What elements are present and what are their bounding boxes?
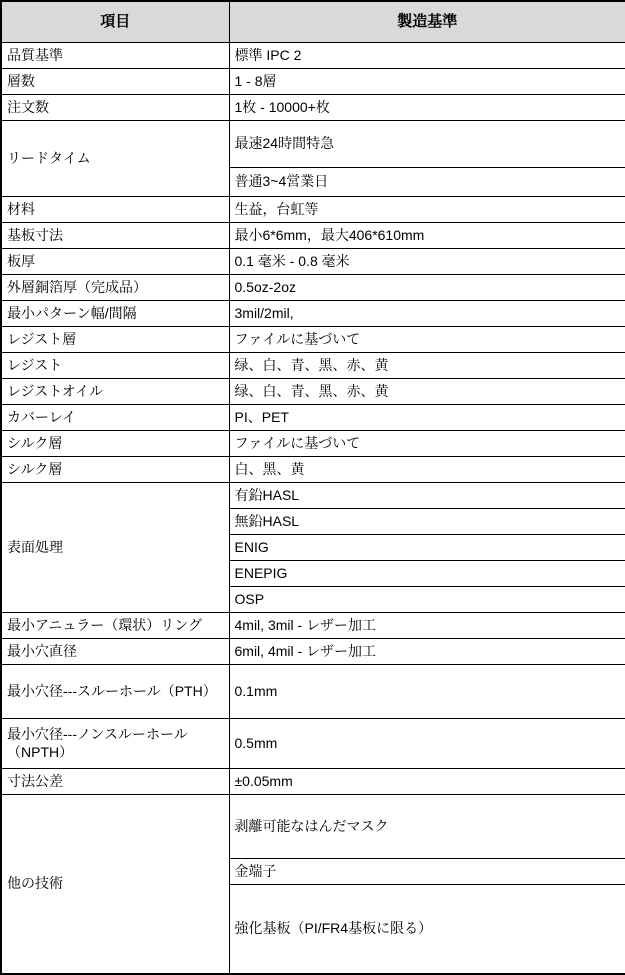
value-cell: 金端子 <box>229 859 625 885</box>
value-cell: 0.1 毫米 - 0.8 毫米 <box>229 249 625 275</box>
item-cell: 品質基準 <box>1 43 229 69</box>
item-cell: 外層銅箔厚（完成品） <box>1 275 229 301</box>
item-cell: シルク層 <box>1 431 229 457</box>
value-cell: 最小6*6mm，最大406*610mm <box>229 223 625 249</box>
header-standard-column: 製造基準 <box>229 1 625 43</box>
item-cell: 最小アニュラー（環状）リング <box>1 613 229 639</box>
table-row: 最小穴直径 6mil, 4mil - レザー加工 <box>1 639 625 665</box>
value-cell: 6mil, 4mil - レザー加工 <box>229 639 625 665</box>
item-cell: 最小穴径---ノンスルーホール（NPTH） <box>1 719 229 769</box>
value-cell: 有鉛HASL <box>229 483 625 509</box>
item-cell: 表面処理 <box>1 483 229 613</box>
manufacturing-spec-table: 項目 製造基準 品質基準 標準 IPC 2 層数 1 - 8層 注文数 1枚 -… <box>0 0 625 975</box>
table-header-row: 項目 製造基準 <box>1 1 625 43</box>
table-row: 基板寸法 最小6*6mm，最大406*610mm <box>1 223 625 249</box>
value-cell: ENIG <box>229 535 625 561</box>
table-row: シルク層 ファイルに基づいて <box>1 431 625 457</box>
table-row: レジスト層 ファイルに基づいて <box>1 327 625 353</box>
item-cell: 材料 <box>1 197 229 223</box>
item-cell: 基板寸法 <box>1 223 229 249</box>
table-row: レジストオイル 绿、白、青、黑、赤、黄 <box>1 379 625 405</box>
table-row: 材料 生益，台虹等 <box>1 197 625 223</box>
value-cell: ±0.05mm <box>229 769 625 795</box>
value-cell: 0.5oz-2oz <box>229 275 625 301</box>
value-cell: 0.5mm <box>229 719 625 769</box>
table-row: 表面処理 有鉛HASL <box>1 483 625 509</box>
value-cell: 0.1mm <box>229 665 625 719</box>
table-row: 最小アニュラー（環状）リング 4mil, 3mil - レザー加工 <box>1 613 625 639</box>
value-cell: 3mil/2mil, <box>229 301 625 327</box>
table-row: 最小穴径---スルーホール（PTH） 0.1mm <box>1 665 625 719</box>
value-cell: 1 - 8層 <box>229 69 625 95</box>
value-cell: ENEPIG <box>229 561 625 587</box>
value-cell: 生益，台虹等 <box>229 197 625 223</box>
value-cell: PI、PET <box>229 405 625 431</box>
table-row: 寸法公差 ±0.05mm <box>1 769 625 795</box>
item-cell: レジスト層 <box>1 327 229 353</box>
item-cell: 注文数 <box>1 95 229 121</box>
header-item-column: 項目 <box>1 1 229 43</box>
table-row: 層数 1 - 8層 <box>1 69 625 95</box>
value-cell: 強化基板（PI/FR4基板に限る） <box>229 885 625 974</box>
value-cell: 普通3~4営業日 <box>229 168 625 197</box>
table-row: カバーレイ PI、PET <box>1 405 625 431</box>
table-row: 注文数 1枚 - 10000+枚 <box>1 95 625 121</box>
value-cell: 1枚 - 10000+枚 <box>229 95 625 121</box>
value-cell: 無鉛HASL <box>229 509 625 535</box>
value-cell: 標準 IPC 2 <box>229 43 625 69</box>
value-cell: 白、黑、黄 <box>229 457 625 483</box>
item-cell: レジストオイル <box>1 379 229 405</box>
item-cell: 層数 <box>1 69 229 95</box>
value-cell: 绿、白、青、黑、赤、黄 <box>229 353 625 379</box>
item-cell: 板厚 <box>1 249 229 275</box>
table-row: シルク層 白、黑、黄 <box>1 457 625 483</box>
item-cell: 最小穴径---スルーホール（PTH） <box>1 665 229 719</box>
table-row: 最小パターン幅/間隔 3mil/2mil, <box>1 301 625 327</box>
value-cell: 4mil, 3mil - レザー加工 <box>229 613 625 639</box>
item-cell: シルク層 <box>1 457 229 483</box>
item-cell: 他の技術 <box>1 795 229 974</box>
table-row: 他の技術 剥離可能なはんだマスク <box>1 795 625 859</box>
item-cell: レジスト <box>1 353 229 379</box>
table-row: 最小穴径---ノンスルーホール（NPTH） 0.5mm <box>1 719 625 769</box>
value-cell: ファイルに基づいて <box>229 327 625 353</box>
item-cell: 最小穴直径 <box>1 639 229 665</box>
item-cell: リードタイム <box>1 121 229 197</box>
item-cell: 最小パターン幅/間隔 <box>1 301 229 327</box>
item-cell: カバーレイ <box>1 405 229 431</box>
value-cell: 绿、白、青、黑、赤、黄 <box>229 379 625 405</box>
item-cell: 寸法公差 <box>1 769 229 795</box>
value-cell: 最速24時間特急 <box>229 121 625 168</box>
table-row: レジスト 绿、白、青、黑、赤、黄 <box>1 353 625 379</box>
value-cell: OSP <box>229 587 625 613</box>
table-row: 外層銅箔厚（完成品） 0.5oz-2oz <box>1 275 625 301</box>
value-cell: ファイルに基づいて <box>229 431 625 457</box>
table-row: リードタイム 最速24時間特急 <box>1 121 625 168</box>
value-cell: 剥離可能なはんだマスク <box>229 795 625 859</box>
table-row: 品質基準 標準 IPC 2 <box>1 43 625 69</box>
table-row: 板厚 0.1 毫米 - 0.8 毫米 <box>1 249 625 275</box>
